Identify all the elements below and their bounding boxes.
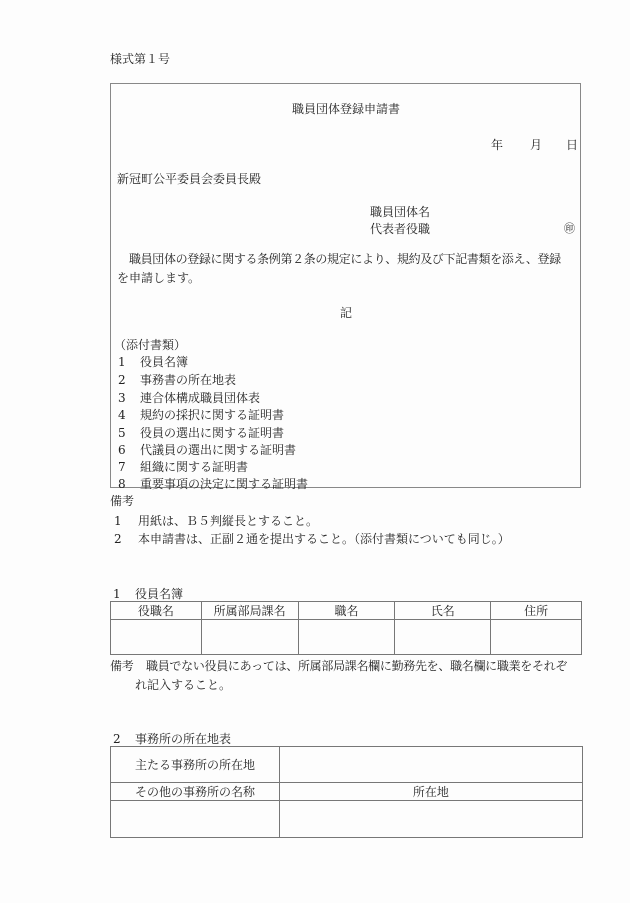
column-header: 氏名 — [395, 602, 491, 620]
table-header-row: 役職名 所属部局課名 職名 氏名 住所 — [111, 602, 582, 620]
officer-note-line2: れ記入すること。 — [135, 676, 231, 693]
attachments-heading: （添付書類） — [114, 336, 186, 353]
officer-list-table: 役職名 所属部局課名 職名 氏名 住所 — [110, 601, 582, 655]
column-header: 職名 — [298, 602, 395, 620]
table-row — [111, 801, 583, 838]
attachment-item: 8重要事項の決定に関する証明書 — [118, 475, 308, 492]
office-location-table: 主たる事務所の所在地 その他の事務所の名称 所在地 — [110, 746, 583, 838]
attachment-item: 7組織に関する証明書 — [118, 458, 248, 475]
note-item: 2本申請書は、正副２通を提出すること。（添付書類についても同じ。） — [114, 530, 510, 547]
representative-label: 代表者役職 — [370, 220, 430, 237]
application-title: 職員団体登録申請書 — [0, 100, 630, 117]
location-header: 所在地 — [279, 783, 582, 801]
officer-note-line1: 備考職員でない役員にあっては、所属部局課名欄に勤務先を、職名欄に職業をそれぞ — [110, 657, 567, 674]
column-header: 所属部局課名 — [201, 602, 298, 620]
main-office-label: 主たる事務所の所在地 — [111, 747, 280, 783]
table-row: 主たる事務所の所在地 — [111, 747, 583, 783]
office-table-title: 2事務所の所在地表 — [113, 730, 231, 747]
attachment-item: 6代議員の選出に関する証明書 — [118, 441, 296, 458]
table-cell[interactable] — [201, 620, 298, 655]
table-header-row: その他の事務所の名称 所在地 — [111, 783, 583, 801]
column-header: 役職名 — [111, 602, 202, 620]
addressee: 新冠町公平委員会委員長殿 — [117, 170, 261, 187]
note-item: 1用紙は、Ｂ５判縦長とすること。 — [114, 512, 318, 529]
table-cell[interactable] — [395, 620, 491, 655]
date-year: 年 — [491, 136, 503, 153]
officer-list-title: 1役員名簿 — [113, 585, 183, 602]
attachment-item: 3連合体構成職員団体表 — [118, 389, 260, 406]
table-cell[interactable] — [111, 801, 280, 838]
column-header: 住所 — [491, 602, 582, 620]
notes-heading: 備考 — [110, 492, 134, 509]
date-month: 月 — [530, 136, 542, 153]
attachment-item: 4規約の採択に関する証明書 — [118, 406, 284, 423]
attachment-item: 2事務書の所在地表 — [118, 371, 236, 388]
date-day: 日 — [566, 136, 578, 153]
seal-icon: ㊞ — [564, 220, 575, 236]
body-text-line1: 職員団体の登録に関する条例第２条の規定により、規約及び下記書類を添え、登録 — [129, 250, 561, 267]
body-text-line2: を申請します。 — [117, 269, 200, 286]
form-number: 様式第１号 — [110, 50, 170, 67]
attachment-item: 1役員名簿 — [118, 353, 188, 370]
other-office-name-header: その他の事務所の名称 — [111, 783, 280, 801]
table-row — [111, 620, 582, 655]
table-cell[interactable] — [279, 801, 582, 838]
table-cell[interactable] — [491, 620, 582, 655]
org-name-label: 職員団体名 — [370, 203, 430, 220]
table-cell[interactable] — [111, 620, 202, 655]
table-cell[interactable] — [298, 620, 395, 655]
ki-heading: 記 — [340, 304, 352, 321]
attachment-item: 5役員の選出に関する証明書 — [118, 424, 284, 441]
main-office-value[interactable] — [279, 747, 582, 783]
